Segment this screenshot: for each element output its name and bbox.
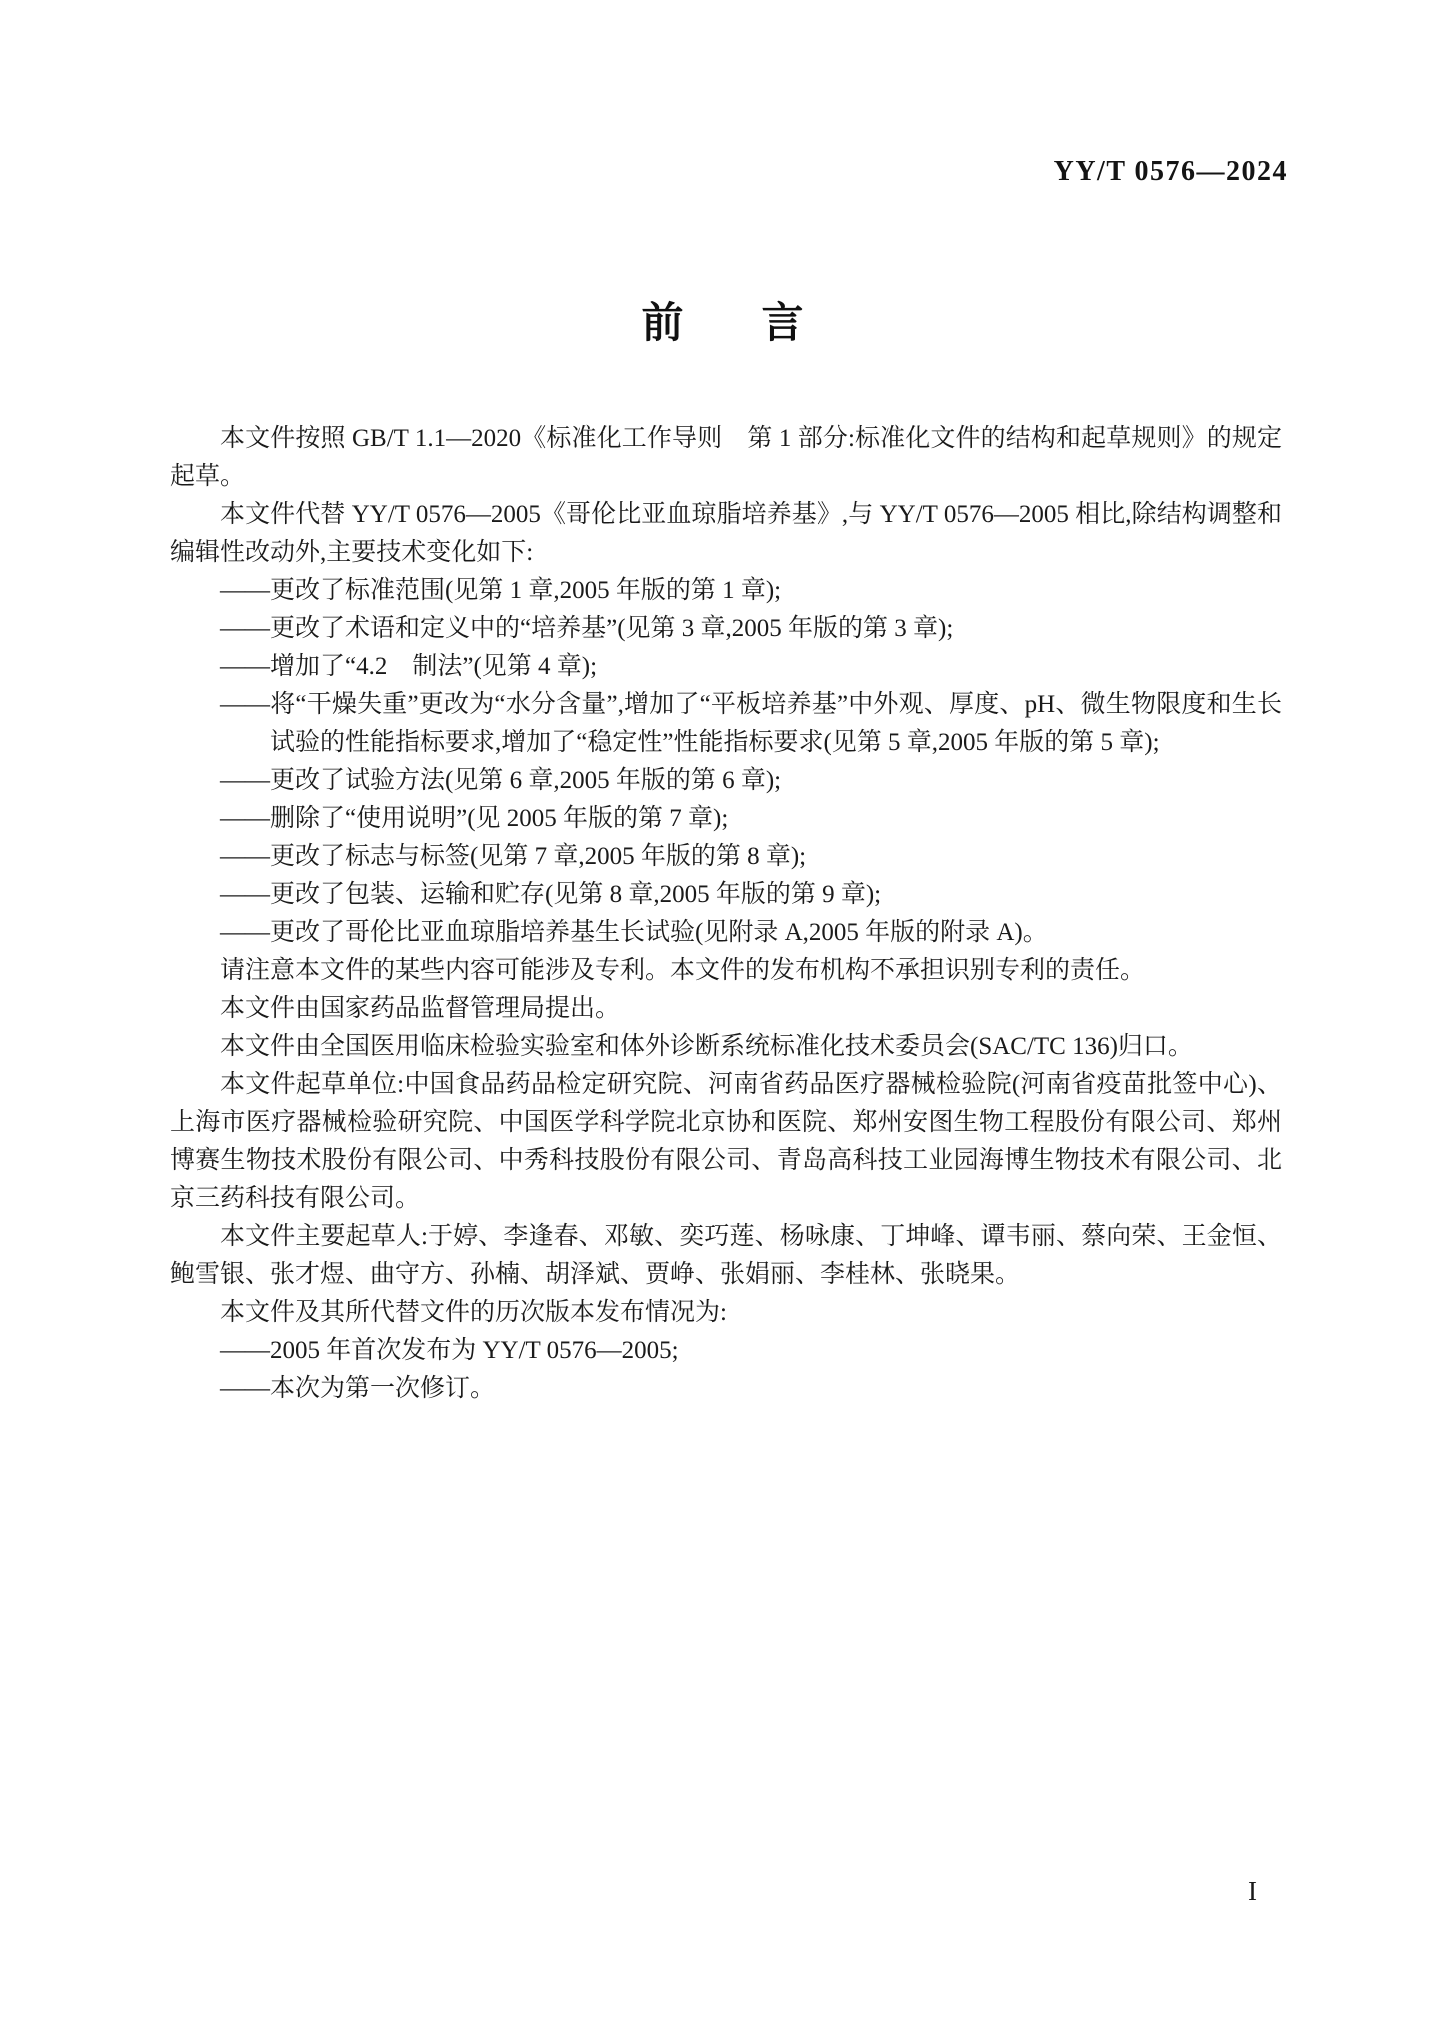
change-list-item: ——将“干燥失重”更改为“水分含量”,增加了“平板培养基”中外观、厚度、pH、微… xyxy=(170,686,1282,762)
page-title: 前 言 xyxy=(0,290,1445,350)
page-title-char-1: 前 xyxy=(641,290,683,350)
standard-document-page: YY/T 0576—2024 前 言 本文件按照 GB/T 1.1—2020《标… xyxy=(0,0,1445,2044)
change-list-item: ——更改了术语和定义中的“培养基”(见第 3 章,2005 年版的第 3 章); xyxy=(170,610,1282,648)
change-list-item: ——更改了试验方法(见第 6 章,2005 年版的第 6 章); xyxy=(170,762,1282,800)
paragraph: 本文件由全国医用临床检验实验室和体外诊断系统标准化技术委员会(SAC/TC 13… xyxy=(170,1028,1282,1066)
paragraph: 本文件及其所代替文件的历次版本发布情况为: xyxy=(170,1294,1282,1332)
document-body: 本文件按照 GB/T 1.1—2020《标准化工作导则 第 1 部分:标准化文件… xyxy=(170,420,1282,1408)
paragraph: 本文件按照 GB/T 1.1—2020《标准化工作导则 第 1 部分:标准化文件… xyxy=(170,420,1282,496)
change-list-item: ——更改了包装、运输和贮存(见第 8 章,2005 年版的第 9 章); xyxy=(170,876,1282,914)
change-list-item: ——增加了“4.2 制法”(见第 4 章); xyxy=(170,648,1282,686)
change-list-item: ——2005 年首次发布为 YY/T 0576—2005; xyxy=(170,1332,1282,1370)
paragraph: 本文件由国家药品监督管理局提出。 xyxy=(170,990,1282,1028)
change-list-item: ——删除了“使用说明”(见 2005 年版的第 7 章); xyxy=(170,800,1282,838)
change-list-item: ——本次为第一次修订。 xyxy=(170,1370,1282,1408)
page-title-char-2: 言 xyxy=(762,290,804,350)
paragraph: 本文件起草单位:中国食品药品检定研究院、河南省药品医疗器械检验院(河南省疫苗批签… xyxy=(170,1066,1282,1218)
document-number: YY/T 0576—2024 xyxy=(1054,156,1288,188)
change-list-item: ——更改了标志与标签(见第 7 章,2005 年版的第 8 章); xyxy=(170,838,1282,876)
change-list-item: ——更改了标准范围(见第 1 章,2005 年版的第 1 章); xyxy=(170,572,1282,610)
paragraph: 本文件主要起草人:于婷、李逢春、邓敏、奕巧莲、杨咏康、丁坤峰、谭韦丽、蔡向荣、王… xyxy=(170,1218,1282,1294)
paragraph: 本文件代替 YY/T 0576—2005《哥伦比亚血琼脂培养基》,与 YY/T … xyxy=(170,496,1282,572)
page-number: I xyxy=(1248,1876,1257,1907)
change-list-item: ——更改了哥伦比亚血琼脂培养基生长试验(见附录 A,2005 年版的附录 A)。 xyxy=(170,914,1282,952)
paragraph: 请注意本文件的某些内容可能涉及专利。本文件的发布机构不承担识别专利的责任。 xyxy=(170,952,1282,990)
